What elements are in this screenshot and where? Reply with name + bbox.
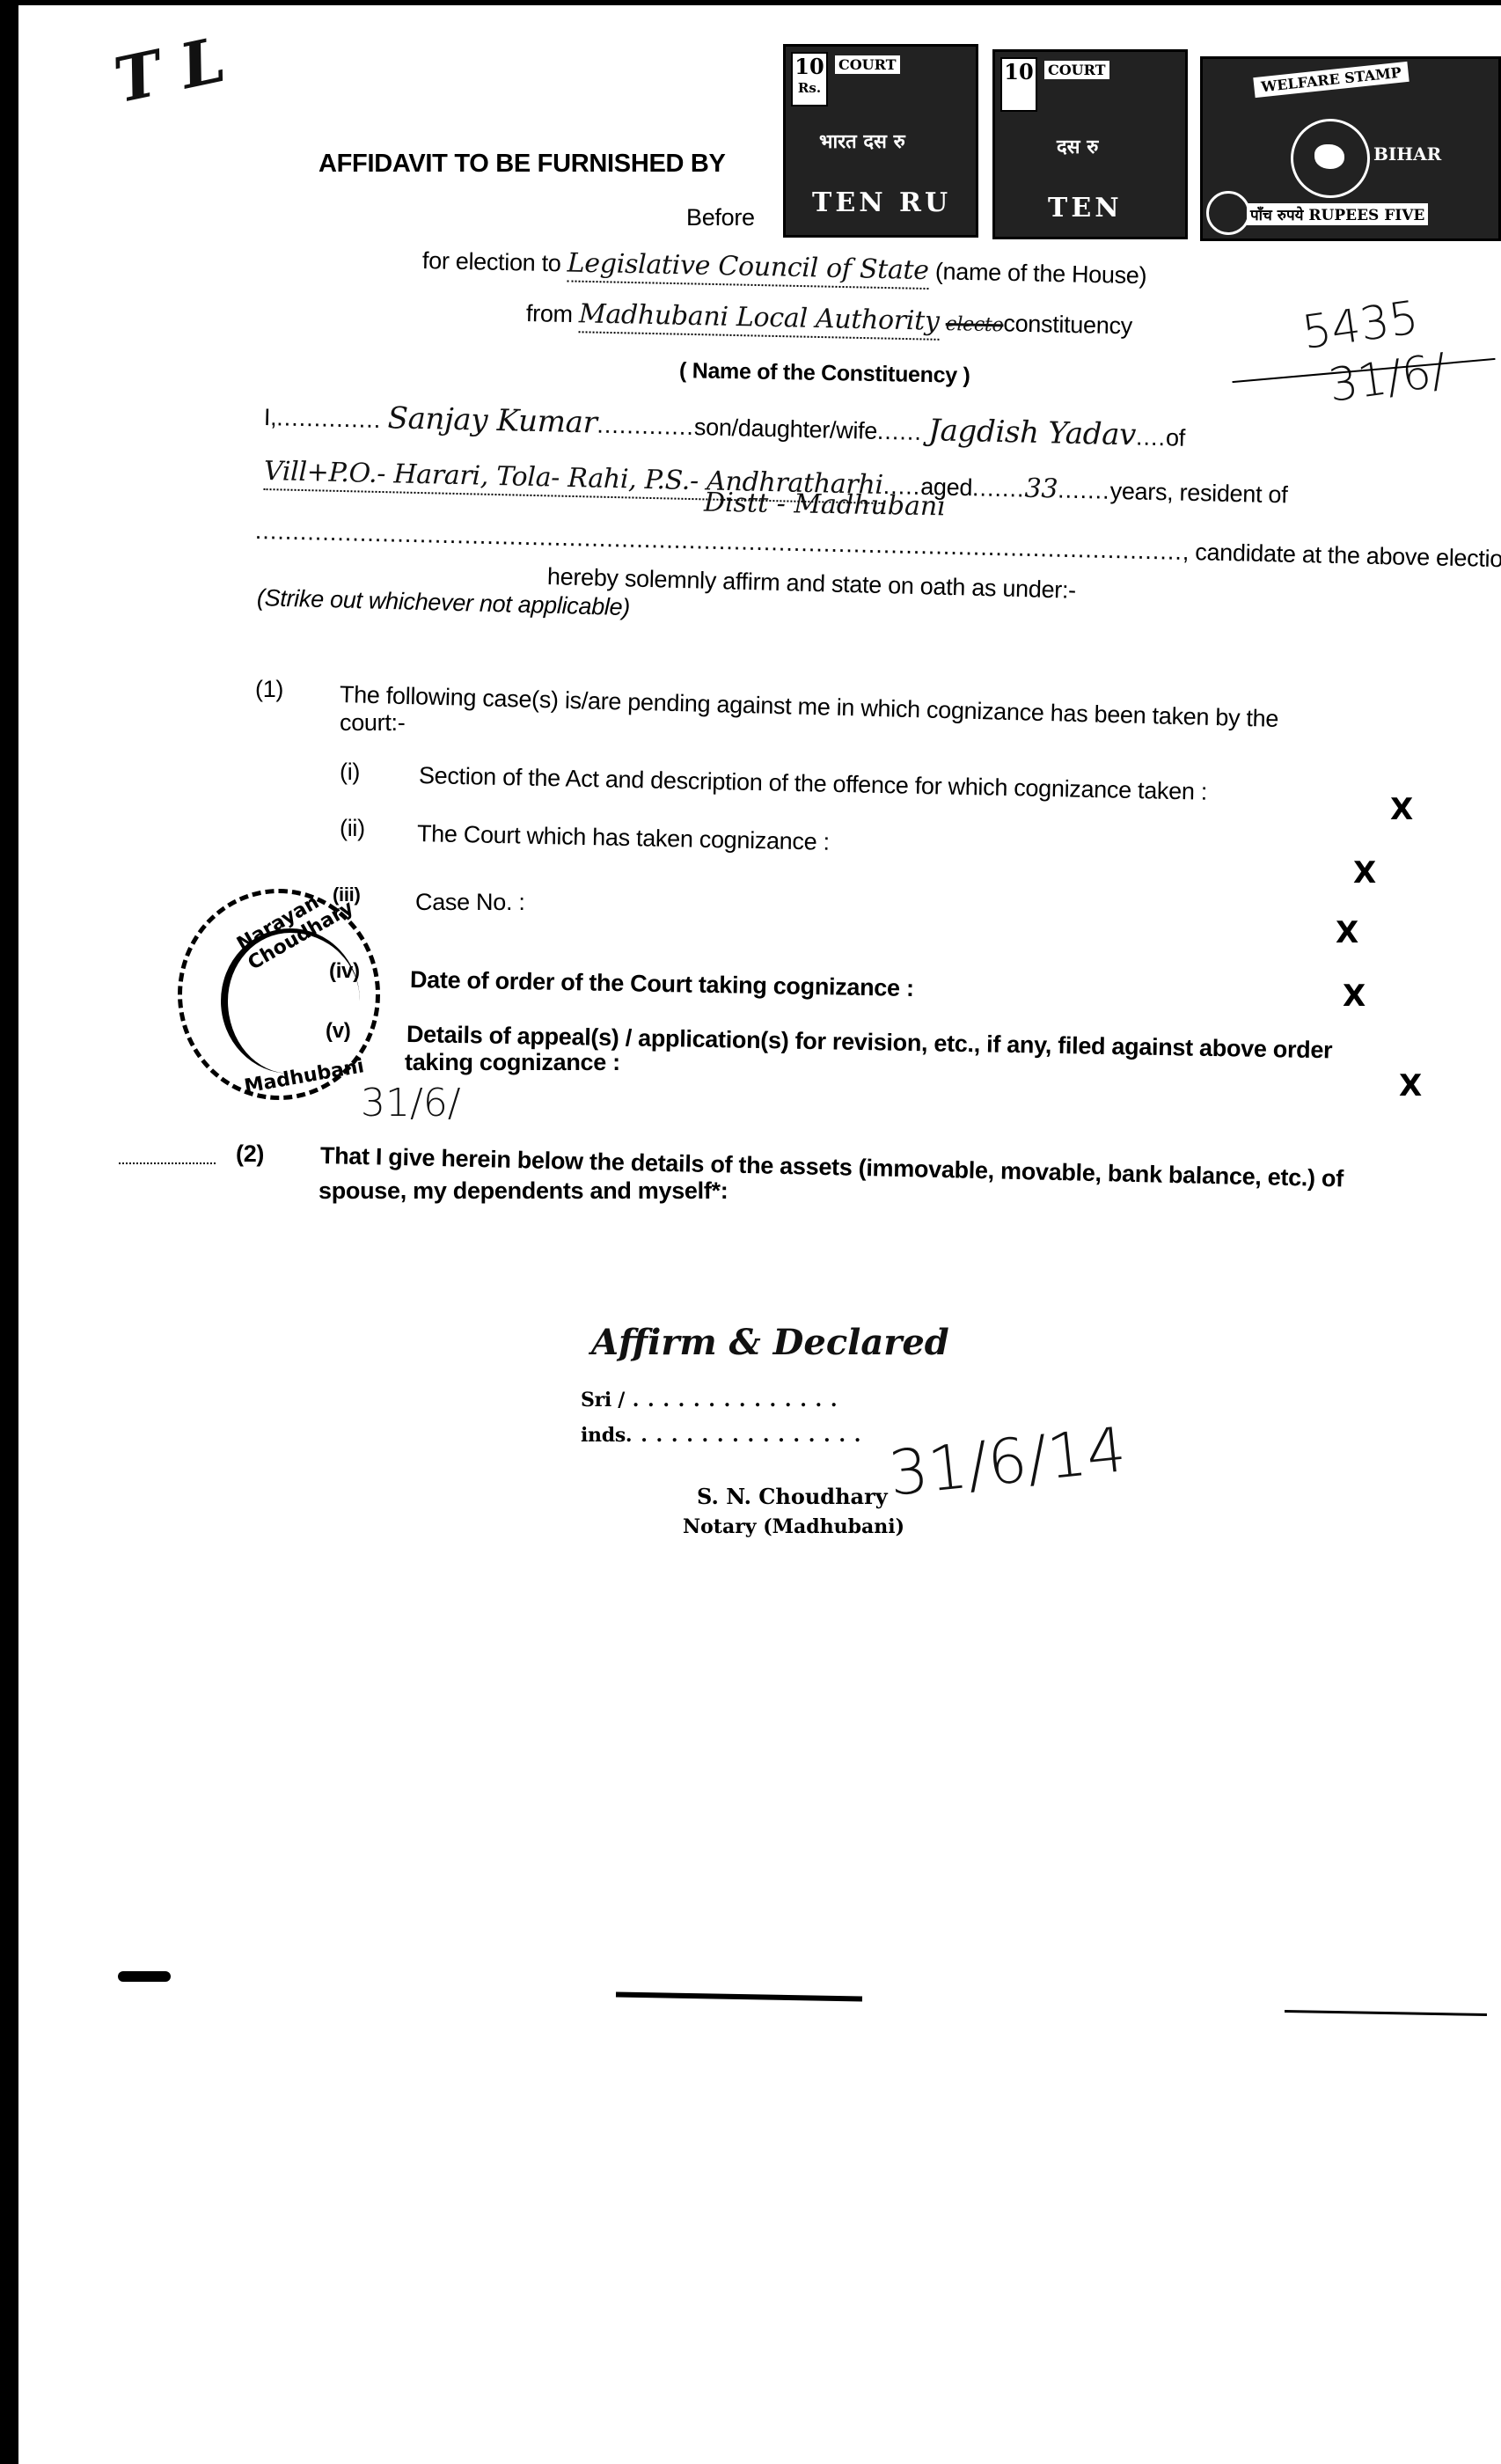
court-fee-stamp-2: 10 COURT दस रु TEN bbox=[992, 49, 1188, 239]
cross-mark: X bbox=[1353, 855, 1376, 891]
court-fee-stamp-1: 10Rs. COURT भारत दस रु TEN RU bbox=[783, 44, 978, 238]
stamp-hindi-text: दस रु bbox=[1057, 133, 1098, 159]
welfare-stamp-state: BIHAR bbox=[1373, 143, 1441, 165]
inds-label: inds bbox=[581, 1424, 626, 1447]
stamp-value-text: TEN bbox=[1048, 193, 1123, 224]
item-label-offence: Section of the Act and description of th… bbox=[419, 762, 1208, 806]
of-label: of bbox=[1166, 424, 1186, 451]
item-label-court: The Court which has taken cognizance : bbox=[417, 820, 830, 856]
bihar-map-emblem-icon bbox=[1291, 119, 1370, 198]
item-number: (i) bbox=[340, 759, 360, 786]
from-prefix: from bbox=[526, 300, 573, 327]
constituency-line: from Madhubani Local Authority electocon… bbox=[526, 297, 1133, 341]
deponent-prefix: I, bbox=[264, 404, 277, 430]
cross-mark: X bbox=[1336, 915, 1358, 950]
dotted-leader: .... bbox=[1136, 423, 1167, 451]
margin-dash-line bbox=[119, 1162, 216, 1166]
stamp-court-label: COURT bbox=[1044, 61, 1109, 79]
document-title: AFFIDAVIT TO BE FURNISHED BY bbox=[319, 150, 726, 179]
house-handwritten: Legislative Council of State bbox=[567, 247, 929, 290]
constituency-struck: electo bbox=[945, 313, 1003, 336]
scan-smudge bbox=[1285, 2010, 1487, 2016]
stamp-court-label: COURT bbox=[835, 55, 900, 74]
dotted-leader: ........................................… bbox=[255, 517, 1183, 565]
corner-handwritten-mark: T L bbox=[108, 23, 231, 117]
section1-text-line2: court:- bbox=[340, 709, 405, 737]
notary-title: Notary (Madhubani) bbox=[683, 1515, 904, 1538]
scan-smudge bbox=[616, 1992, 862, 2002]
item-number: (ii) bbox=[340, 815, 365, 842]
item-label-date-order: Date of order of the Court taking cogniz… bbox=[410, 966, 914, 1002]
candidate-text: , candidate at the above election, do bbox=[1182, 539, 1501, 574]
constituency-caption: ( Name of the Constituency ) bbox=[679, 358, 970, 389]
cross-mark: X bbox=[1343, 979, 1366, 1014]
welfare-stamp-label: WELFARE STAMP bbox=[1253, 62, 1409, 98]
scan-smudge bbox=[118, 1971, 171, 1982]
section2-text-line2: spouse, my dependents and myself*: bbox=[319, 1177, 728, 1205]
notary-signature-date: 31/6/14 bbox=[885, 1413, 1129, 1510]
deponent-name-line: I,.............. Sanjay Kumar...........… bbox=[264, 398, 1186, 454]
constituency-suffix: constituency bbox=[1003, 310, 1132, 339]
scan-border-left bbox=[0, 0, 18, 2464]
before-label: Before bbox=[686, 204, 755, 231]
deponent-name-handwritten: Sanjay Kumar bbox=[387, 400, 597, 440]
relation-label: son/daughter/wife bbox=[694, 414, 878, 444]
dotted-leader: . . . . . . . . . . . . . . bbox=[625, 1389, 838, 1412]
address-handwritten-line2: Distt - Madhubani bbox=[704, 488, 946, 523]
wheel-emblem-icon bbox=[1206, 191, 1250, 235]
notary-sri-line: Sri / . . . . . . . . . . . . . . bbox=[581, 1389, 838, 1412]
item-label-case-no: Case No. : bbox=[415, 889, 525, 916]
cross-mark: X bbox=[1390, 792, 1413, 827]
candidate-line: ........................................… bbox=[255, 517, 1501, 574]
welfare-stamp: WELFARE STAMP BIHAR पाँच रुपये RUPEES FI… bbox=[1200, 56, 1501, 241]
years-label: years, resident of bbox=[1109, 478, 1287, 509]
constituency-handwritten: Madhubani Local Authority bbox=[579, 298, 940, 341]
dotted-leader: . . . . . . . . . . . . . . . . bbox=[626, 1424, 861, 1447]
stamp-denomination: 10Rs. bbox=[791, 52, 828, 106]
section2-number: (2) bbox=[236, 1140, 264, 1168]
dotted-leader: ....... bbox=[1058, 476, 1110, 503]
seal-signature-date: 31/6/ bbox=[361, 1081, 461, 1126]
notary-name: S. N. Choudhary bbox=[697, 1484, 888, 1509]
dotted-leader: ...... bbox=[877, 418, 923, 445]
stamp-denomination: 10 bbox=[1000, 57, 1037, 112]
item-label-appeal-details-line2: taking cognizance : bbox=[405, 1049, 620, 1076]
sri-label: Sri / bbox=[581, 1389, 625, 1412]
section1-number: (1) bbox=[255, 676, 283, 703]
stamp-hindi-text: भारत दस रु bbox=[819, 128, 905, 154]
scan-border-top bbox=[0, 0, 1501, 5]
dotted-leader: .............. bbox=[276, 404, 382, 433]
welfare-stamp-value: पाँच रुपये RUPEES FIVE bbox=[1247, 203, 1428, 225]
age-handwritten: 33 bbox=[1024, 473, 1058, 505]
stamp-value-text: TEN RU bbox=[812, 187, 951, 218]
election-prefix: for election to bbox=[422, 247, 561, 276]
affirm-declared-handwritten: Affirm & Declared bbox=[591, 1322, 949, 1363]
election-line: for election to Legislative Council of S… bbox=[422, 245, 1147, 290]
dotted-leader: ....... bbox=[972, 474, 1025, 502]
cross-mark: X bbox=[1399, 1068, 1422, 1104]
notary-inds-line: inds. . . . . . . . . . . . . . . . bbox=[581, 1424, 861, 1447]
section1-text-line1: The following case(s) is/are pending aga… bbox=[340, 681, 1279, 733]
house-suffix: (name of the House) bbox=[935, 258, 1147, 289]
notary-seal: Narayan Choudhary Madhubani bbox=[178, 889, 380, 1100]
father-name-handwritten: Jagdish Yadav bbox=[928, 413, 1137, 452]
dotted-leader: ............. bbox=[597, 412, 694, 440]
